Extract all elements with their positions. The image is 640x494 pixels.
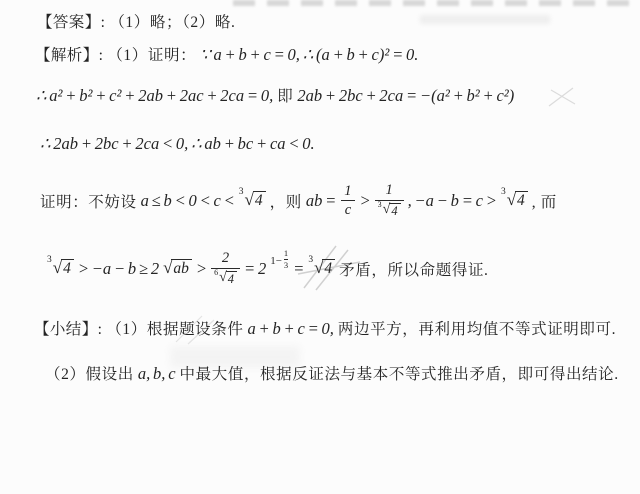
root-index: 6 xyxy=(214,269,218,277)
proof-intro: 证明：不妨设 xyxy=(40,190,137,212)
fraction-2-over-sixthroot4: 2 6√4 xyxy=(211,251,240,286)
conclusion-text: 矛盾，所以命题得证. xyxy=(339,258,488,280)
cjk-connector: 即 xyxy=(277,84,293,106)
math-expression: a ≤ b < 0 < c < xyxy=(141,191,235,211)
document-page: 【答案】: （1）略；（2）略. 【解析】: （1）证明： ∵ a + b + … xyxy=(0,0,640,494)
cube-root: 3√4 xyxy=(501,191,528,211)
scan-smudge-top-right xyxy=(420,15,550,24)
exponent-fraction: 1 3 xyxy=(283,249,289,269)
math-expression: , −a − b = c > xyxy=(408,191,497,211)
root-index: 3 xyxy=(501,188,506,198)
radicand: 4 xyxy=(226,271,237,287)
root-index: 3 xyxy=(308,256,313,266)
denominator: c xyxy=(341,200,355,218)
root-index: 3 xyxy=(47,256,52,266)
math-expression: > xyxy=(360,191,371,211)
expansion-line: ∴ a² + b² + c² + 2ab + 2ac + 2ca = 0, 即 … xyxy=(36,84,514,106)
math-expression: = 2 xyxy=(244,259,266,279)
analysis-label: 【解析】: xyxy=(35,43,103,65)
analysis-step: （1）证明： xyxy=(107,43,196,65)
radicand: 4 xyxy=(515,191,528,211)
answer-line: 【答案】: （1）略；（2）略. xyxy=(37,10,235,32)
conclusion-line: ∴ 2ab + 2bc + 2ca < 0, ∴ ab + bc + ca < … xyxy=(40,134,315,154)
radicand: 4 xyxy=(322,259,335,279)
answer-label: 【答案】: xyxy=(37,10,105,32)
summary-text: 中最大值，根据反证法与基本不等式推出矛盾，即可得出结论. xyxy=(180,362,619,384)
exponent-text: 1− xyxy=(270,256,282,267)
summary-text: （1）根据题设条件 xyxy=(106,317,243,339)
fraction-1-over-cuberoot4: 1 3√4 xyxy=(375,183,404,218)
radicand: ab xyxy=(171,259,192,279)
cube-root: 3√4 xyxy=(308,259,335,279)
math-expression: > xyxy=(196,259,207,279)
root-index: 3 xyxy=(239,188,244,198)
cjk-connector: ，则 xyxy=(270,190,302,212)
radicand: 4 xyxy=(61,259,74,279)
sixth-root: 6√4 xyxy=(214,271,237,287)
analysis-line: 【解析】: （1）证明： ∵ a + b + c = 0, ∴ (a + b +… xyxy=(35,43,418,65)
cube-root: 3√4 xyxy=(47,259,74,279)
denominator: 6√4 xyxy=(211,268,240,287)
fraction-1-over-c: 1 c xyxy=(340,184,355,218)
math-expression: ab = xyxy=(306,191,336,211)
root-index: 3 xyxy=(378,201,382,209)
square-root: √ab xyxy=(163,259,192,279)
exponent: 1− 1 3 xyxy=(270,251,289,271)
numerator: 1 xyxy=(382,183,397,199)
summary-line-1: 【小结】: （1）根据题设条件 a + b + c = 0, 两边平方，再利用均… xyxy=(34,317,616,339)
radicand: 4 xyxy=(253,191,266,211)
denominator: 3 xyxy=(284,259,288,270)
scan-scribble xyxy=(545,84,579,115)
proof2-line: 证明：不妨设 a ≤ b < 0 < c < 3√4 ，则 ab = 1 c >… xyxy=(40,177,557,225)
denominator: 3√4 xyxy=(375,200,404,219)
summary-label: 【小结】: xyxy=(34,317,102,339)
cube-root: 3√4 xyxy=(239,191,266,211)
numerator: 2 xyxy=(218,251,233,267)
math-expression: > −a − b ≥ 2 xyxy=(78,259,159,279)
math-expression: a, b, c xyxy=(138,364,176,384)
math-expression: 2ab + 2bc + 2ca = −(a² + b² + c²) xyxy=(297,86,514,106)
math-expression: a + b + c = 0, xyxy=(247,319,333,339)
math-expression: ∴ 2ab + 2bc + 2ca < 0, ∴ ab + bc + ca < … xyxy=(40,134,315,154)
summary-text: 两边平方，再利用均值不等式证明即可. xyxy=(338,317,616,339)
answer-body: （1）略；（2）略. xyxy=(109,10,235,32)
cube-root: 3√4 xyxy=(378,203,401,219)
summary-text: （2）假设出 xyxy=(45,362,134,384)
cjk-connector: , 而 xyxy=(532,190,557,212)
radicand: 4 xyxy=(389,203,400,219)
numerator: 1 xyxy=(340,184,355,200)
math-expression: = xyxy=(293,259,304,279)
scan-smudge-top xyxy=(233,0,637,6)
summary-line-2: （2）假设出 a, b, c 中最大值，根据反证法与基本不等式推出矛盾，即可得出… xyxy=(45,362,619,384)
contradiction-line: 3√4 > −a − b ≥ 2 √ab > 2 6√4 = 2 1− 1 3 … xyxy=(47,243,489,295)
numerator: 1 xyxy=(283,249,289,258)
math-expression: ∴ a² + b² + c² + 2ab + 2ac + 2ca = 0, xyxy=(36,86,273,106)
math-expression: ∵ a + b + c = 0, ∴ (a + b + c)² = 0. xyxy=(200,45,418,65)
